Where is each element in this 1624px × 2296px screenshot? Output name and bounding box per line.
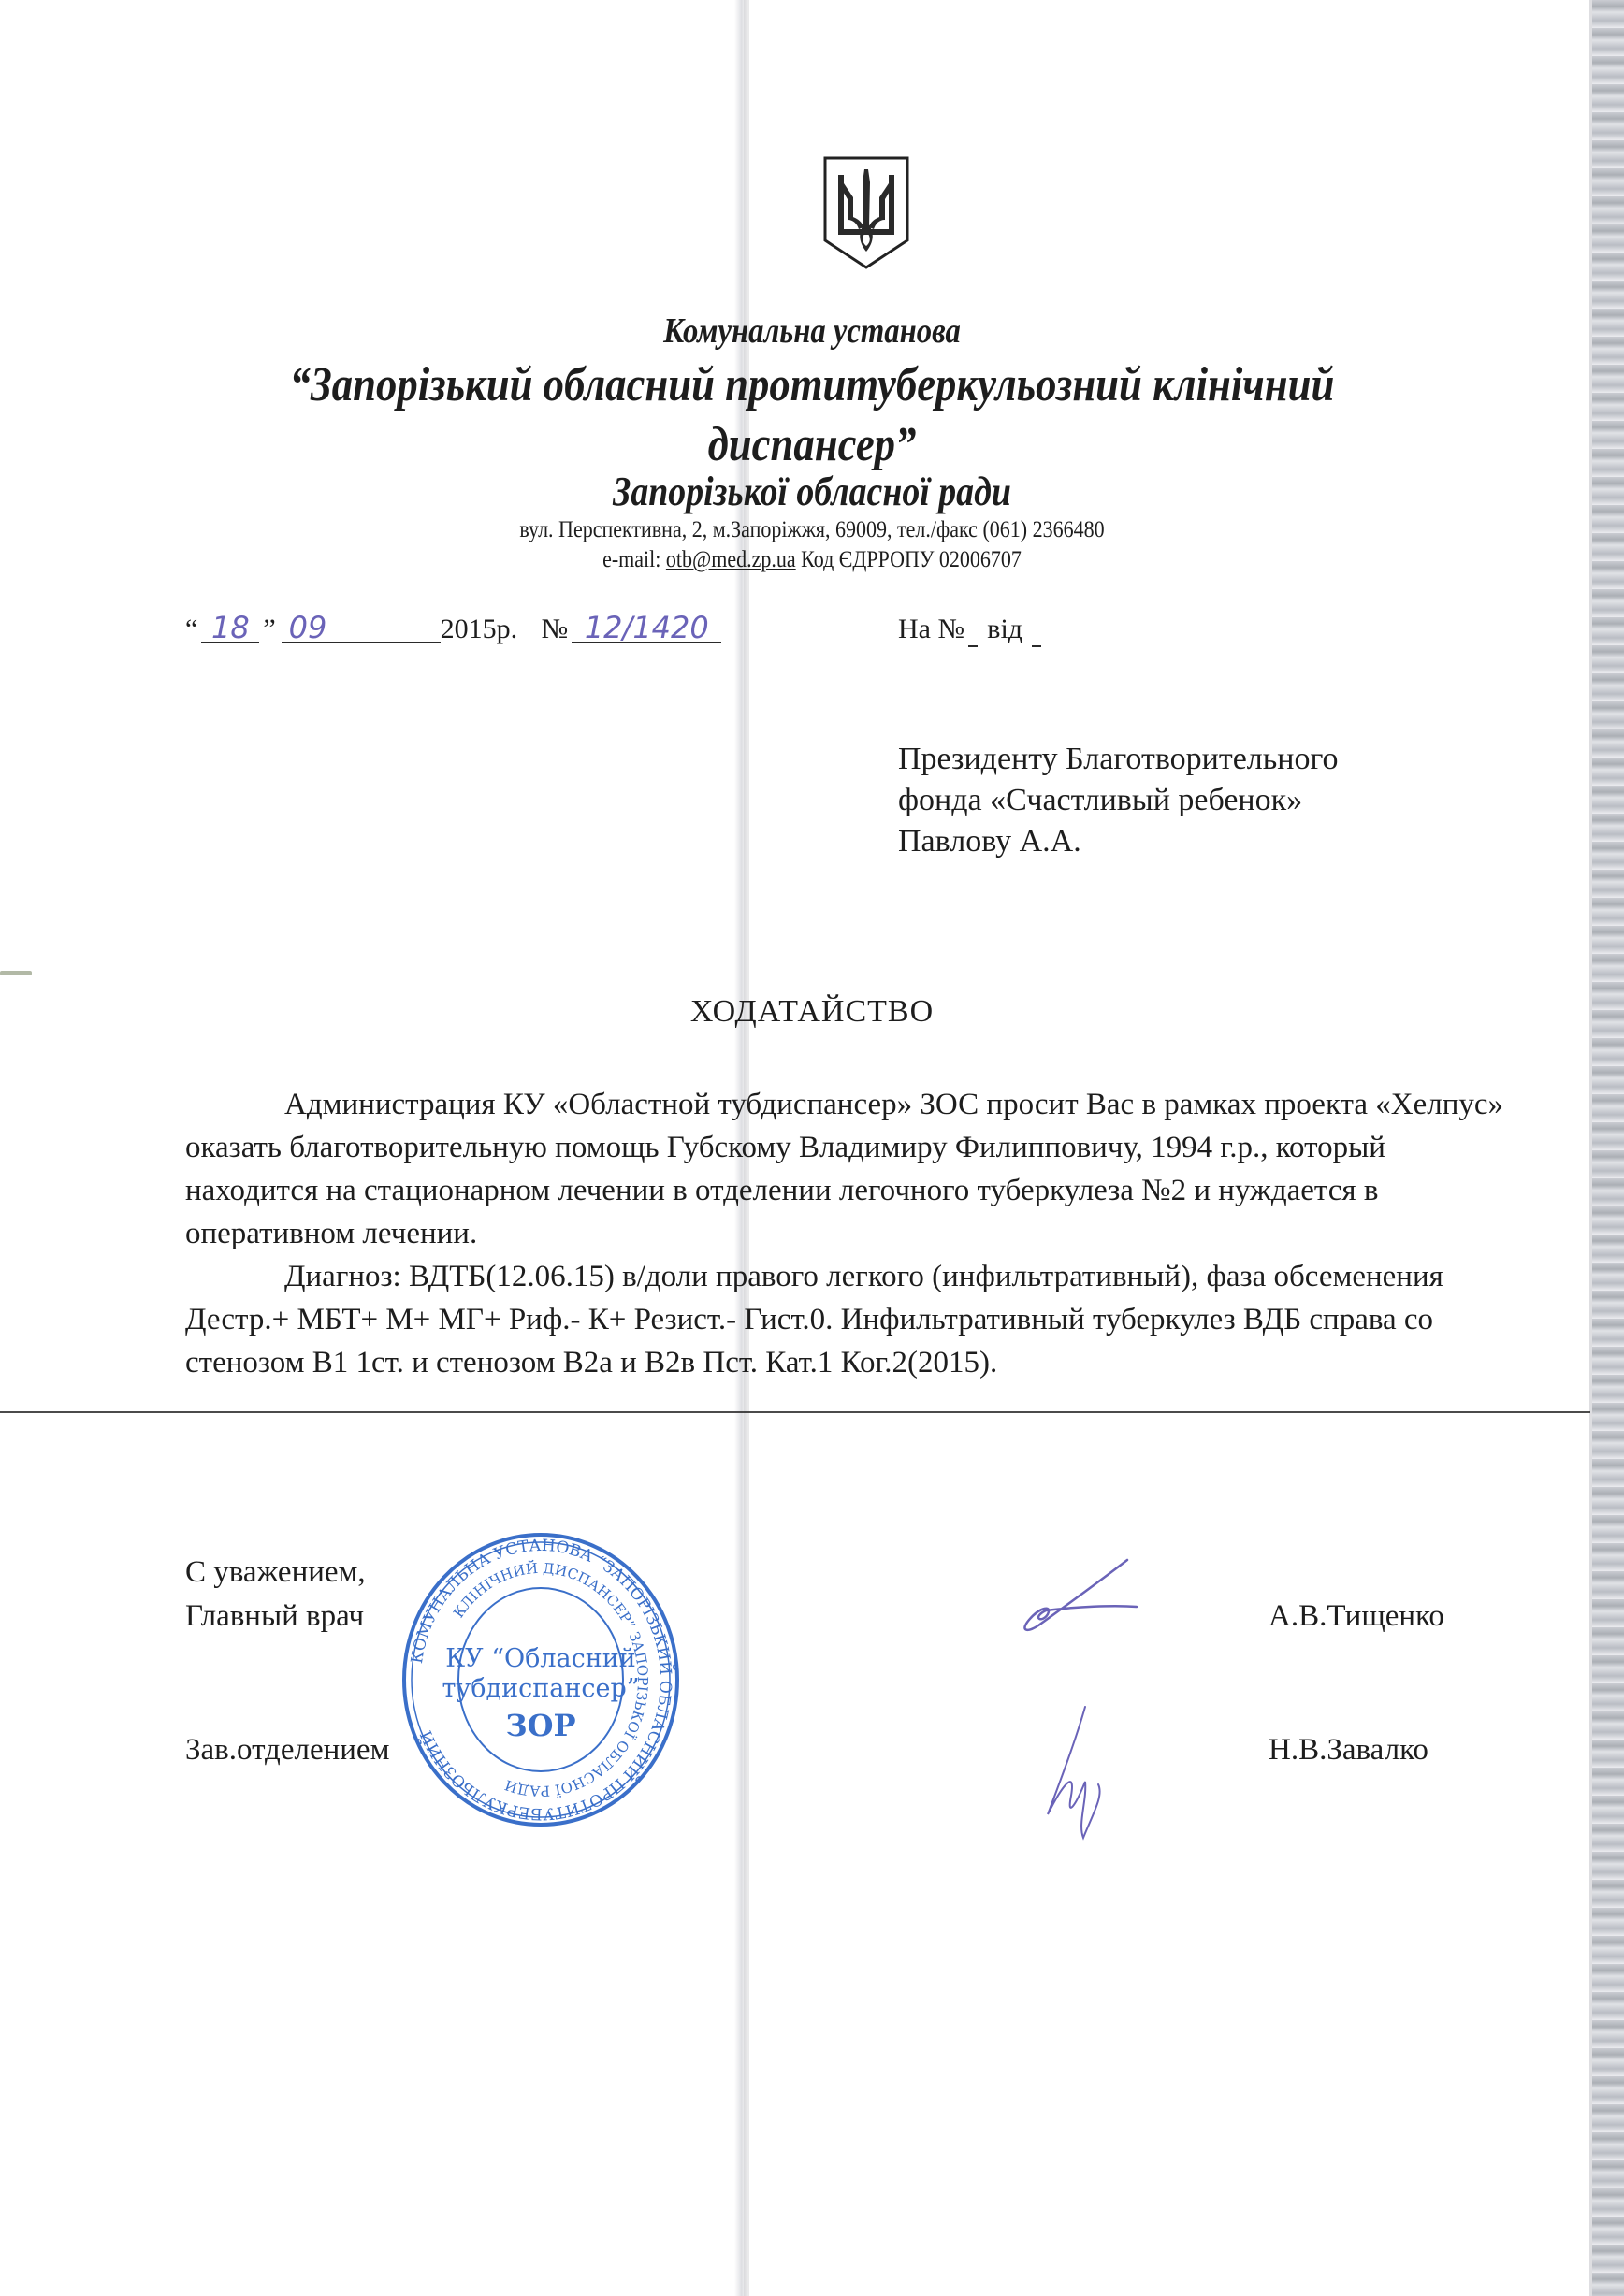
org-name-line2: диспансер” [114, 415, 1511, 475]
scan-edge-right [1592, 0, 1624, 2296]
open-quote: “ [185, 614, 197, 645]
reply-to-label: На № [898, 614, 964, 644]
org-contacts: e-mail: otb@med.zp.ua Код ЄДРРОПУ 020067… [97, 547, 1527, 573]
org-name-line1: “Запорізький обласний протитуберкульозни… [290, 358, 1335, 412]
org-council: Запорізької обласної ради [114, 468, 1511, 515]
email-link[interactable]: otb@med.zp.ua [666, 547, 796, 572]
close-quote: ” [263, 614, 275, 645]
stamp-center-line1: КУ “Обласний [400, 1644, 681, 1673]
stamp-center-line2: тубдиспансер” [400, 1674, 681, 1703]
closing-regards: С уважением, [185, 1555, 366, 1590]
org-type: Комунальна установа [114, 310, 1511, 352]
dept-head-name: Н.В.Завалко [1269, 1733, 1428, 1768]
document-body: Администрация КУ «Областной тубдиспансер… [185, 1083, 1514, 1384]
reference-line: “18”092015р. №12/1420 [185, 614, 721, 645]
date-month-field: 09 [282, 614, 441, 643]
trident-emblem-icon [821, 154, 911, 271]
reply-reference: На № від [898, 614, 1041, 645]
addressee-line: Павлову А.А. [898, 821, 1339, 862]
request-paragraph: Администрация КУ «Областной тубдиспансер… [185, 1083, 1514, 1255]
reply-to-field [968, 610, 978, 647]
edrpou-code: Код ЄДРРОПУ 02006707 [801, 547, 1022, 572]
document-title: ХОДАТАЙСТВО [0, 994, 1624, 1030]
email-label: e-mail: [602, 547, 660, 572]
chief-signature-icon [973, 1552, 1160, 1637]
org-name: “Запорізький обласний протитуберкульозни… [114, 355, 1511, 475]
diagnosis-paragraph: Диагноз: ВДТБ(12.06.15) в/доли правого л… [185, 1255, 1514, 1384]
scan-mark-left [0, 971, 32, 975]
scan-edge-right-line [1589, 0, 1592, 2296]
from-field [1032, 610, 1041, 647]
chief-doctor-name: А.В.Тищенко [1269, 1599, 1444, 1634]
scan-fold-horizontal [0, 1411, 1590, 1413]
from-label: від [987, 614, 1022, 644]
stamp-center-line3: ЗОР [400, 1708, 681, 1743]
dept-head-title: Зав.отделением [185, 1733, 389, 1768]
addressee-block: Президенту Благотворительного фонда «Сча… [898, 739, 1339, 862]
outgoing-number-field: 12/1420 [572, 614, 721, 643]
number-label: № [542, 614, 569, 645]
date-year: 2015р. [441, 614, 518, 645]
org-address: вул. Перспективна, 2, м.Запоріжжя, 69009… [97, 517, 1527, 543]
chief-doctor-title: Главный врач [185, 1599, 364, 1634]
addressee-line: фонда «Счастливый ребенок» [898, 780, 1339, 821]
addressee-line: Президенту Благотворительного [898, 739, 1339, 780]
dept-head-signature-icon [1020, 1702, 1123, 1842]
official-stamp: КОМУНАЛЬНА УСТАНОВА “ЗАПОРІЗЬКИЙ ОБЛАСНИ… [400, 1532, 681, 1827]
date-day-field: 18 [201, 614, 259, 643]
